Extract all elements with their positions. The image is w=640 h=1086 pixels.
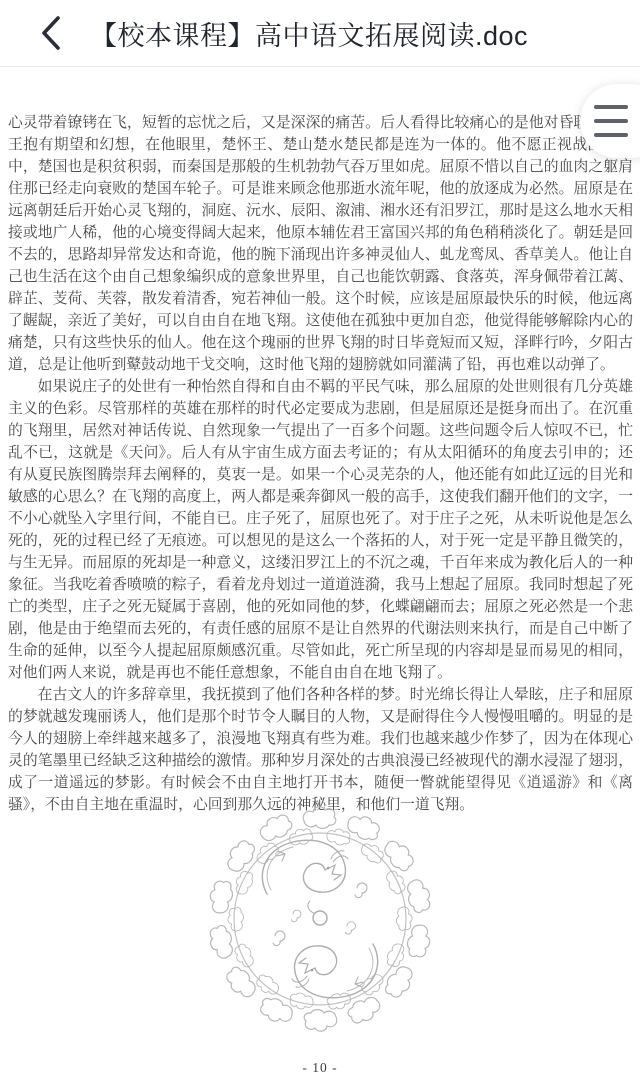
document-title: 【校本课程】高中语文拓展阅读.doc	[90, 14, 528, 53]
paragraph-3: 在古文人的许多辞章里，我抚摸到了他们各种各样的梦。时光绵长得让人晕眩，庄子和屈原…	[8, 684, 633, 816]
document-viewer: 【校本课程】高中语文拓展阅读.doc 心灵带着镣铐在飞，短暂的忘忧之后，又是深深…	[0, 0, 640, 1086]
page-number: - 10 -	[0, 1060, 640, 1076]
paragraph-1: 心灵带着镣铐在飞，短暂的忘忧之后，又是深深的痛苦。后人看得比较痛心的是他对昏聩的…	[8, 112, 633, 376]
dragon-medallion-svg	[197, 798, 443, 1040]
paragraph-2: 如果说庄子的处世有一种怡然自得和自由不羁的平民气味，那么屈原的处世则很有几分英雄…	[8, 376, 633, 684]
chevron-left-icon	[41, 16, 61, 50]
back-button[interactable]	[38, 15, 64, 51]
header-bar: 【校本课程】高中语文拓展阅读.doc	[0, 0, 640, 67]
hamburger-menu-icon	[594, 105, 628, 137]
document-page[interactable]: 心灵带着镣铐在飞，短暂的忘忧之后，又是深深的痛苦。后人看得比较痛心的是他对昏聩的…	[0, 67, 640, 816]
dragon-medallion-image	[197, 798, 443, 1040]
